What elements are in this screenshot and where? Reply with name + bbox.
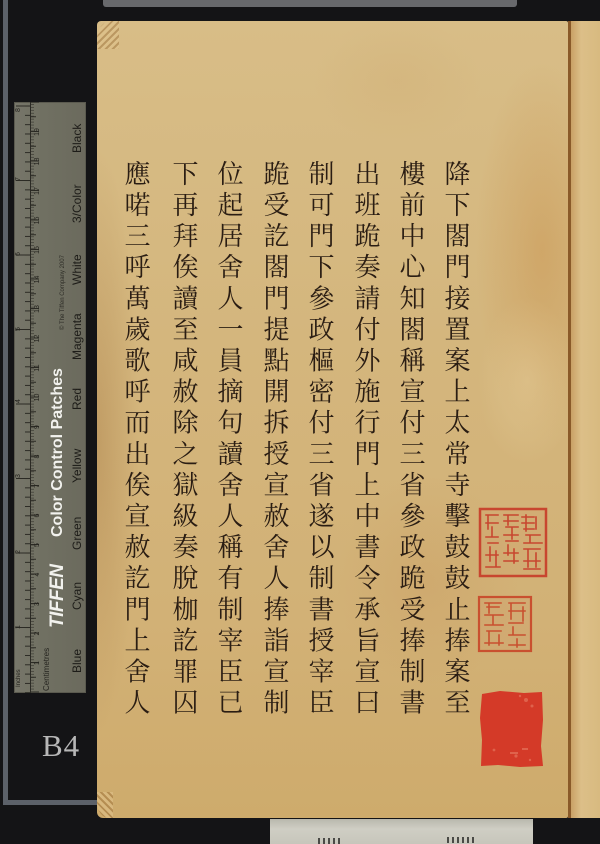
cm-mark: 17 xyxy=(34,185,41,197)
cm-mark: 7 xyxy=(34,480,41,492)
cm-mark: 2 xyxy=(34,628,41,640)
inch-mark: 8 xyxy=(15,105,22,115)
cm-mark: 12 xyxy=(34,333,41,345)
text-column-8: 應喏三呼萬歲歌呼而出俟宣赦訖門上舍人 xyxy=(120,160,150,760)
inch-mark: 4 xyxy=(15,396,22,406)
cm-mark: 9 xyxy=(34,421,41,433)
inch-mark: 1 xyxy=(15,622,22,632)
page-corner-fold xyxy=(97,21,119,49)
scanner-frame-bottom-bar xyxy=(3,800,97,805)
inch-mark: 2 xyxy=(15,547,22,557)
catalog-label-strip xyxy=(270,819,533,844)
cm-mark: 10 xyxy=(34,392,41,404)
plate-id-label: B4 xyxy=(42,728,80,764)
patch-label-black: Black xyxy=(70,124,84,153)
cm-mark: 16 xyxy=(34,215,41,227)
text-column-5: 跪受訖閤門提點開拆授宣赦舍人捧詣宣制 xyxy=(259,160,289,760)
color-chart-title: Color Control Patches xyxy=(49,368,67,537)
cm-mark: 15 xyxy=(34,244,41,256)
cm-mark: 4 xyxy=(34,569,41,581)
cm-mark: 5 xyxy=(34,539,41,551)
patch-label-blue: Blue xyxy=(70,649,84,673)
ruler-centimetres-label: Centimetres xyxy=(42,648,51,691)
text-column-3: 出班跪奏請付外施行門上中書令承旨宣曰 xyxy=(350,160,380,760)
tiffen-logo: TIFFEN xyxy=(47,565,69,629)
patch-label-cyan: Cyan xyxy=(70,582,84,610)
collector-seal-3 xyxy=(480,690,544,768)
collector-seal-2 xyxy=(477,595,533,653)
cm-mark: 13 xyxy=(34,303,41,315)
color-control-strip-content: Inches 1 2 3 4 5 6 7 8 Centimetres 1 2 3… xyxy=(14,102,86,693)
cm-mark: 14 xyxy=(34,274,41,286)
text-column-2: 樓前中心知閤稱宣付三省參政跪受捧制書 xyxy=(395,160,425,760)
cm-mark: 8 xyxy=(34,451,41,463)
patch-label-green: Green xyxy=(70,517,84,550)
patch-label-white: White xyxy=(70,254,84,285)
patch-label-3color: 3/Color xyxy=(70,184,84,223)
text-column-1: 降下閤門接置案上太常寺擊鼓鼓止捧案至 xyxy=(440,160,470,760)
patch-label-red: Red xyxy=(70,388,84,410)
cm-mark: 3 xyxy=(34,598,41,610)
inch-mark: 7 xyxy=(15,174,22,184)
color-chart-copyright: © The Tiffen Company 2007 xyxy=(60,255,66,330)
text-column-4: 制可門下參政樞密付三省遂以制書授宰臣 xyxy=(304,160,334,760)
manuscript-page: 降下閤門接置案上太常寺擊鼓鼓止捧案至 樓前中心知閤稱宣付三省參政跪受捧制書 出班… xyxy=(97,21,568,818)
ruler-inches-label: Inches xyxy=(16,669,22,687)
text-column-7: 下再拜俟讀至咸赦除之獄級奏脫枷訖罪囚 xyxy=(168,160,198,760)
label-partial-text-mark xyxy=(447,837,477,843)
label-partial-text-mark xyxy=(318,838,340,844)
scanner-frame-left-bar xyxy=(3,0,8,805)
color-control-strip: Inches 1 2 3 4 5 6 7 8 Centimetres 1 2 3… xyxy=(14,102,86,693)
cm-mark: 6 xyxy=(34,510,41,522)
cm-mark: 11 xyxy=(34,362,41,374)
patch-label-yellow: Yellow xyxy=(70,449,84,483)
inch-mark: 3 xyxy=(15,471,22,481)
cm-mark: 18 xyxy=(34,156,41,168)
next-page-edge xyxy=(571,21,600,818)
cm-mark: 1 xyxy=(34,657,41,669)
scanner-frame-top-bar xyxy=(103,0,517,7)
cm-mark: 19 xyxy=(34,126,41,138)
inch-mark: 5 xyxy=(15,324,22,334)
text-column-6: 位起居舍人一員摘句讀舍人稱有制宰臣已 xyxy=(213,160,243,760)
patch-label-magenta: Magenta xyxy=(70,313,84,360)
inch-mark: 6 xyxy=(15,249,22,259)
collector-seal-1 xyxy=(478,507,548,578)
page-corner-fold-bottom xyxy=(97,792,113,818)
